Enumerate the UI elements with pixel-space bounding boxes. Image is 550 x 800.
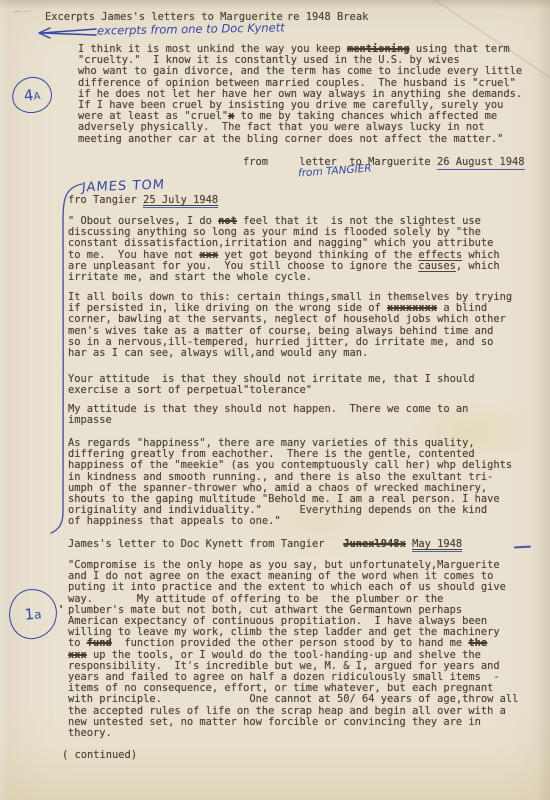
paragraph-happiness: As regards "happiness", there are many v… xyxy=(68,438,512,528)
scanned-letter-page: Excerpts James's letters to Marguerite r… xyxy=(0,0,550,800)
handwritten-subtitle: excerpts from one to Doc Kynett xyxy=(97,20,285,37)
handwritten-james-tom: JAMES TOM xyxy=(81,178,165,196)
pencil-mark xyxy=(8,9,38,14)
paragraph-boils-down: It all boils down to this: certain thing… xyxy=(68,292,512,359)
paragraph-my-attitude: My attitude is that they should not happ… xyxy=(68,404,468,426)
margin-circle-1a: 1a xyxy=(7,587,59,641)
arrow-left-icon xyxy=(36,26,100,40)
stray-mark: ' xyxy=(58,605,64,616)
paragraph-your-attitude: Your attitude is that they should not ir… xyxy=(68,374,475,396)
paragraph-cruelty: I think it is most unkind the way you ke… xyxy=(78,44,522,145)
paragraph-compromise: "Compromise is the only hope as you say,… xyxy=(68,560,518,739)
paragraph-about-ourselves: " Obout ourselves, I do not feel that it… xyxy=(68,216,500,283)
margin-circle-4a: 4A xyxy=(10,75,54,116)
continued-note: ( continued) xyxy=(62,750,137,761)
page-title-right: re 1948 Break xyxy=(287,12,368,23)
ink-dash xyxy=(514,546,531,549)
attribution-marguerite: from letter to Marguerite 26 August 1948 xyxy=(243,157,525,168)
heading-doc-kynett: James's letter to Doc Kynett from Tangie… xyxy=(68,539,462,550)
margin-circle-4a-label: 4A xyxy=(23,85,41,105)
margin-circle-1a-label: 1a xyxy=(24,604,42,623)
